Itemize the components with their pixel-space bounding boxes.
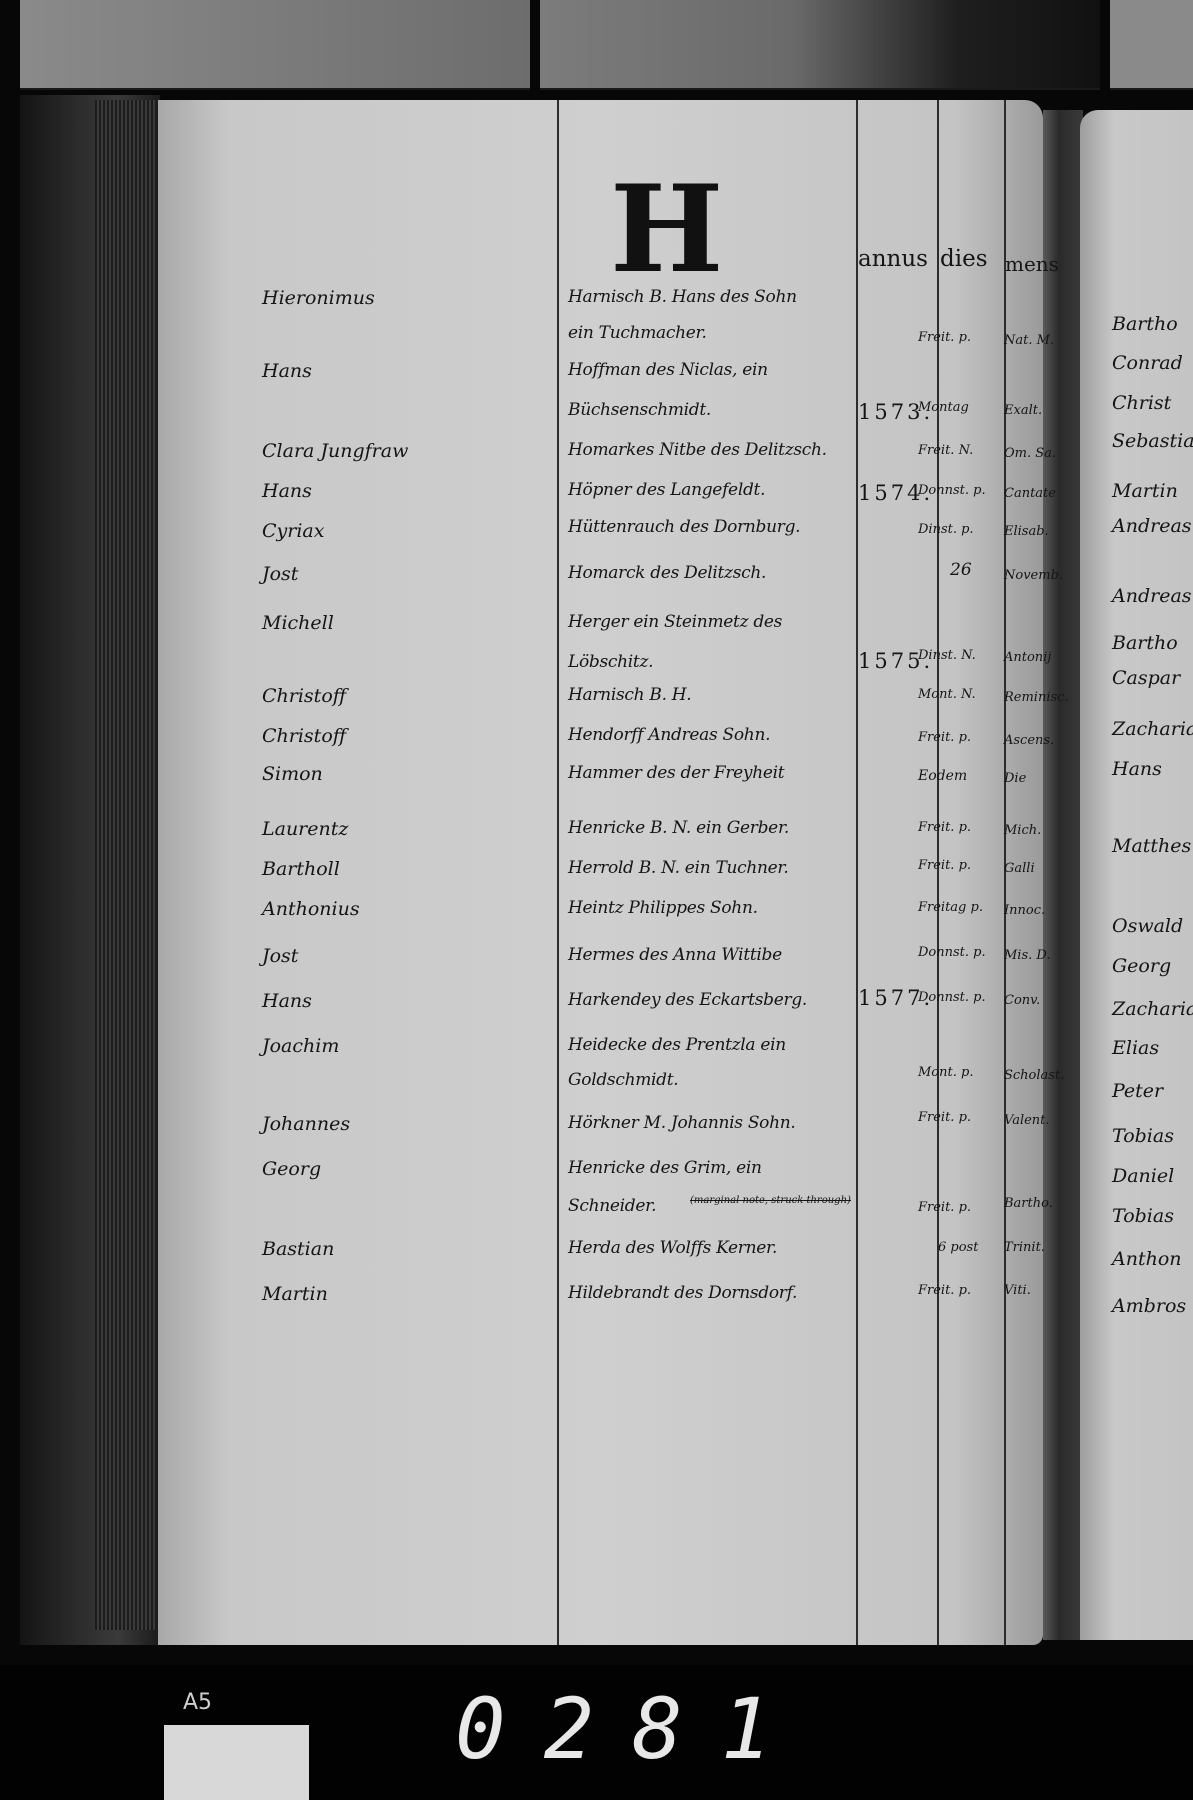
facing-name: Tobias	[1112, 1205, 1174, 1227]
surname: Hammer des der Freyheit	[568, 763, 784, 783]
day: Donnst. p.	[918, 990, 986, 1005]
month: Reminisc.	[1004, 690, 1069, 705]
facing-name: Georg	[1112, 955, 1171, 977]
surname: Homarck des Delitzsch.	[568, 563, 766, 583]
given-name: Cyriax	[262, 520, 324, 542]
day: Eodem	[918, 768, 967, 784]
top-card-left	[20, 0, 530, 90]
given-name: Michell	[262, 612, 334, 634]
initial-letter: H	[610, 170, 723, 290]
surname: Hendorff Andreas Sohn.	[568, 725, 770, 745]
facing-name: Zacharias	[1112, 998, 1193, 1020]
given-name: Hans	[262, 480, 312, 502]
given-name: Jost	[262, 945, 298, 967]
frame-label: A5	[183, 1690, 212, 1715]
given-name: Johannes	[262, 1113, 350, 1135]
day: 26	[950, 560, 972, 580]
facing-name: Peter	[1112, 1080, 1163, 1102]
month: Antonij	[1004, 650, 1051, 665]
surname-cont: Löbschitz.	[568, 652, 653, 672]
surname-cont: ein Tuchmacher.	[568, 323, 707, 343]
column-rule-surname	[557, 100, 559, 1645]
surname: Höpner des Langefeldt.	[568, 480, 765, 500]
surname: Hildebrandt des Dornsdorf.	[568, 1283, 797, 1303]
surname: Homarkes Nitbe des Delitzsch.	[568, 440, 827, 460]
surname: Hoffman des Niclas, ein	[568, 360, 768, 380]
day: Mont. N.	[918, 687, 976, 702]
given-name: Hans	[262, 990, 312, 1012]
day: Mont. p.	[918, 1065, 973, 1080]
given-name: Anthonius	[262, 898, 360, 920]
surname: Hörkner M. Johannis Sohn.	[568, 1113, 796, 1133]
month: Viti.	[1004, 1283, 1031, 1298]
facing-name: Daniel	[1112, 1165, 1174, 1187]
facing-name: Andreas	[1112, 515, 1192, 537]
month: Valent.	[1004, 1113, 1050, 1128]
frame-number: 0281	[455, 1680, 809, 1778]
facing-name: Zacharias	[1112, 718, 1193, 740]
top-card-right	[1110, 0, 1193, 90]
facing-name: Elias	[1112, 1037, 1159, 1059]
given-name: Bartholl	[262, 858, 340, 880]
surname: Heidecke des Prentzla ein	[568, 1035, 786, 1055]
page-edges	[95, 100, 155, 1630]
month: Scholast.	[1004, 1068, 1064, 1083]
month: Om. Sa.	[1004, 446, 1056, 461]
day: Donnst. p.	[918, 945, 986, 960]
day: Dinst. N.	[918, 648, 976, 663]
surname-cont: Schneider.	[568, 1196, 656, 1216]
day: Freit. p.	[918, 330, 971, 345]
facing-name: Christ	[1112, 392, 1171, 414]
month: Mich.	[1004, 823, 1041, 838]
surname: Harkendey des Eckartsberg.	[568, 990, 807, 1010]
surname: Heintz Philippes Sohn.	[568, 898, 758, 918]
surname: Herrold B. N. ein Tuchner.	[568, 858, 788, 878]
surname: Henricke B. N. ein Gerber.	[568, 818, 789, 838]
facing-name: Andreas	[1112, 585, 1192, 607]
given-name: Laurentz	[262, 818, 348, 840]
facing-name: Hans	[1112, 758, 1162, 780]
surname: Herger ein Steinmetz des	[568, 612, 782, 632]
facing-name: Tobias	[1112, 1125, 1174, 1147]
header-dies: dies	[940, 246, 988, 272]
month: Cantate	[1004, 486, 1056, 501]
surname: Herda des Wolffs Kerner.	[568, 1238, 777, 1258]
day: Freit. p.	[918, 730, 971, 745]
month: Bartho.	[1004, 1196, 1053, 1211]
given-name: Georg	[262, 1158, 321, 1180]
day: Freit. p.	[918, 1110, 971, 1125]
month: Novemb.	[1004, 568, 1063, 583]
month: Trinit.	[1004, 1240, 1045, 1255]
given-name: Christoff	[262, 725, 346, 747]
day: Freit. p.	[918, 1200, 971, 1215]
surname: Hüttenrauch des Dornburg.	[568, 517, 800, 537]
month: Nat. M.	[1004, 333, 1054, 348]
given-name: Martin	[262, 1283, 328, 1305]
frame-label-box	[164, 1725, 309, 1800]
month: Conv.	[1004, 993, 1040, 1008]
month: Innoc.	[1004, 903, 1045, 918]
month: Galli	[1004, 861, 1035, 876]
facing-name: Bartho	[1112, 632, 1178, 654]
surname: Harnisch B. H.	[568, 685, 691, 705]
facing-page	[1080, 110, 1193, 1640]
month: Exalt.	[1004, 403, 1042, 418]
given-name: Clara Jungfraw	[262, 440, 408, 462]
month: Mis. D.	[1004, 948, 1051, 963]
day: 6 post	[938, 1240, 978, 1255]
marginal-annotation: (marginal note, struck through)	[690, 1195, 851, 1206]
day: Dinst. p.	[918, 522, 974, 537]
header-mensis: mens	[1005, 252, 1059, 276]
given-name: Joachim	[262, 1035, 339, 1057]
surname-cont: Goldschmidt.	[568, 1070, 678, 1090]
month: Elisab.	[1004, 524, 1049, 539]
surname: Henricke des Grim, ein	[568, 1158, 762, 1178]
surname: Harnisch B. Hans des Sohn	[568, 287, 797, 307]
facing-name: Matthes	[1112, 835, 1191, 857]
facing-name: Anthon	[1112, 1248, 1182, 1270]
given-name: Bastian	[262, 1238, 334, 1260]
facing-name: Caspar	[1112, 667, 1180, 689]
given-name: Jost	[262, 563, 298, 585]
facing-name: Oswald	[1112, 915, 1183, 937]
facing-name: Sebastian	[1112, 430, 1193, 452]
column-rule-annus	[856, 100, 858, 1645]
top-card-middle	[540, 0, 1100, 90]
header-annus: annus	[858, 246, 928, 272]
day: Freit. N.	[918, 443, 973, 458]
surname: Hermes des Anna Wittibe	[568, 945, 782, 965]
facing-name: Martin	[1112, 480, 1178, 502]
facing-name: Bartho	[1112, 313, 1178, 335]
day: Freitag p.	[918, 900, 983, 915]
given-name: Hieronimus	[262, 287, 375, 309]
day: Freit. p.	[918, 1283, 971, 1298]
given-name: Hans	[262, 360, 312, 382]
given-name: Christoff	[262, 685, 346, 707]
month: Ascens.	[1004, 733, 1054, 748]
day: Freit. p.	[918, 820, 971, 835]
surname-cont: Büchsenschmidt.	[568, 400, 711, 420]
day: Montag	[918, 400, 969, 415]
day: Donnst. p.	[918, 483, 986, 498]
facing-name: Conrad	[1112, 352, 1183, 374]
month: Die	[1004, 771, 1026, 786]
given-name: Simon	[262, 763, 323, 785]
facing-name: Ambros	[1112, 1295, 1186, 1317]
day: Freit. p.	[918, 858, 971, 873]
